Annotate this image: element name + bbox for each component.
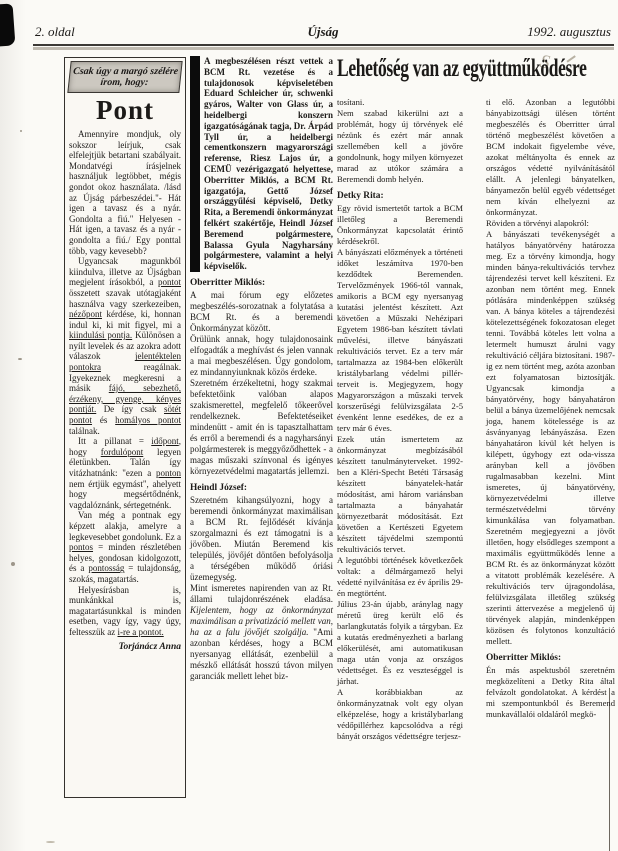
pont-body: Amennyire mondjuk, oly sokszor leírjuk, …	[69, 129, 181, 638]
paragraph: Én más aspektusból szeretném megközelíte…	[486, 665, 615, 720]
paragraph: ti elő. Azonban a legutóbbi bányabizotts…	[486, 97, 615, 218]
paragraph: Mint ismeretes napirenden van az Rt. áll…	[190, 583, 333, 682]
pont-article: Csak úgy a margó szélére írom, hogy: Pon…	[64, 57, 186, 798]
masthead-rule-shadow	[33, 47, 614, 50]
newspaper-title: Újság	[33, 24, 613, 40]
article-headline: Lehetőség van az együttműködésre	[337, 55, 618, 95]
author-signature: Torjánácz Anna	[69, 642, 181, 652]
paragraph: Itt a pillanat = időpont, hogy fordulópo…	[69, 436, 181, 510]
issue-date: 1992. augusztus	[527, 24, 611, 40]
paragraph: Röviden a törvényi alapokról:	[486, 218, 615, 229]
participants-intro: A megbeszélésen részt vettek a BCM Rt. v…	[190, 56, 333, 272]
article-headline-text: Lehetőség van az együttműködésre	[337, 55, 587, 83]
pont-title: Pont	[69, 95, 181, 125]
paragraph: Ugyancsak magunkból kiindulva, illetve a…	[69, 256, 181, 436]
pont-kicker: Csak úgy a margó szélére írom, hogy:	[67, 61, 182, 93]
masthead: 2. oldal Újság 1992. augusztus	[33, 24, 613, 42]
paragraph: tosítani.	[337, 97, 463, 108]
paragraph: A bányászati tevékenységét a hatályos bá…	[486, 229, 615, 647]
paragraph: Szeretném kihangsúlyozni, hogy a beremen…	[190, 495, 333, 583]
paragraph: Helyesírásban is, munkánkkal is, magatar…	[69, 585, 181, 638]
scan-speck	[20, 130, 22, 132]
paragraph: A bányászati előzmények a történeti idők…	[337, 247, 463, 434]
speaker-name: Oberritter Miklós:	[190, 278, 333, 289]
scan-speck	[18, 358, 22, 360]
scan-edge-shadow	[0, 0, 26, 851]
newspaper-page: S 2. oldal Újság 1992. augusztus Csak úg…	[0, 0, 618, 851]
paragraph: Nem szabad kikerülni azt a problémát, ho…	[337, 108, 463, 185]
paragraph: Egy rövid ismertetőt tartok a BCM illető…	[337, 203, 463, 247]
speaker-name: Heindl József:	[190, 483, 333, 494]
paragraph: Van még a pontnak egy képzett alakja, am…	[69, 510, 181, 584]
middle-column: A megbeszélésen részt vettek a BCM Rt. v…	[190, 56, 333, 682]
black-bar	[190, 56, 200, 272]
paragraph: Ezek után ismertetem az önkormányzat meg…	[337, 434, 463, 555]
middle-column-flow: Oberritter Miklós:A mai fórum egy előzet…	[190, 278, 333, 682]
scan-speck	[46, 841, 55, 843]
paragraph: A mai fórum egy előzetes megbeszélés-sor…	[190, 290, 333, 334]
paragraph: A korábbiakban az önkormányzatnak volt e…	[337, 687, 463, 742]
speaker-name: Detky Rita:	[337, 191, 463, 202]
right-column-b: ti elő. Azonban a legutóbbi bányabizotts…	[486, 97, 615, 720]
paragraph: Szeretném érzékeltetni, hogy szakmai bef…	[190, 378, 333, 477]
paragraph: Július 23-án újabb, aránylag nagy méretű…	[337, 599, 463, 687]
masthead-rule	[33, 44, 614, 46]
right-column-a: tosítani.Nem szabad kikerülni azt a prob…	[337, 97, 463, 742]
paragraph: A legutóbbi történések következőek volta…	[337, 555, 463, 599]
participants-intro-text: A megbeszélésen részt vettek a BCM Rt. v…	[204, 56, 333, 272]
paragraph: Örülünk annak, hogy tulajdonosaink elfog…	[190, 334, 333, 378]
scan-speck	[11, 562, 15, 566]
speaker-name: Oberritter Miklós:	[486, 653, 615, 664]
paragraph: Amennyire mondjuk, oly sokszor leírjuk, …	[69, 129, 181, 256]
